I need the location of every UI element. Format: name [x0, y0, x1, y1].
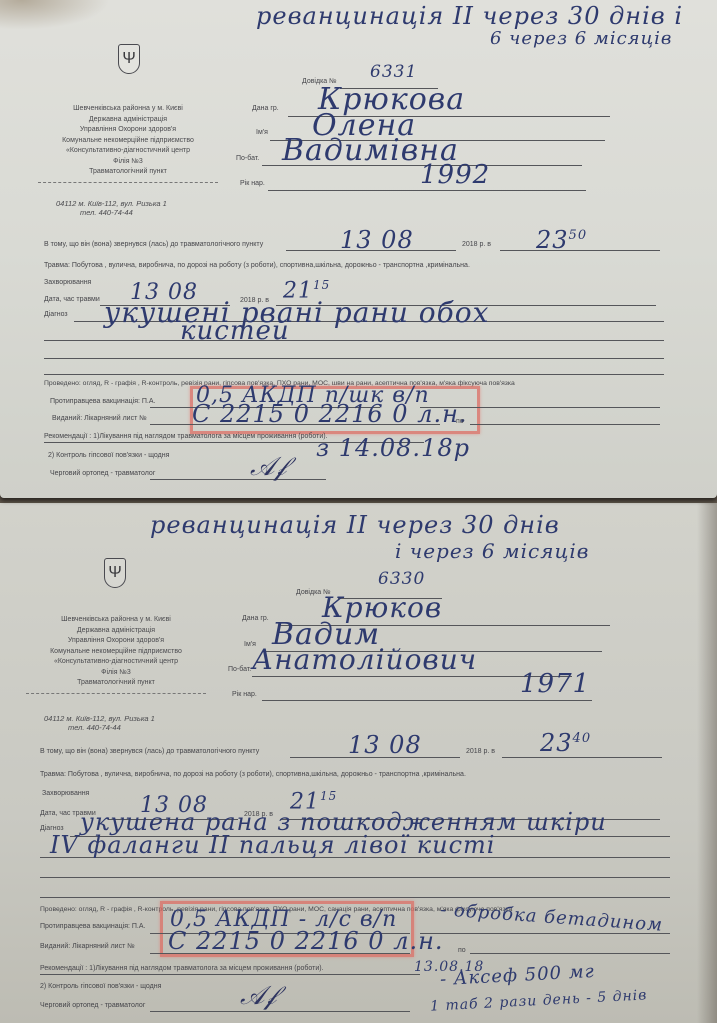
org-line: Комунальне некомерційне підприємство — [28, 136, 228, 147]
org-line: Травматологічний пункт — [16, 678, 216, 689]
divider — [38, 182, 218, 183]
sick-leave-label: Виданий: Лікарняний лист № — [40, 943, 135, 950]
visit-time: 2340 — [540, 729, 591, 757]
doctor-signature: 𝒜𝒻 — [240, 981, 276, 1012]
org-line: Державна адміністрація — [28, 115, 228, 126]
phone: тел. 440-74-44 — [44, 723, 155, 732]
cert-no-value: 6331 — [370, 62, 417, 82]
org-line: Травматологічний пункт — [28, 167, 228, 178]
sick-leave-value: С 2215 0 2216 0 л.н. — [168, 927, 444, 955]
visit-year: 2018 р. в — [462, 241, 491, 248]
visit-date: 13 08 — [348, 731, 422, 759]
ukraine-trident-icon: Ψ — [118, 44, 140, 74]
org-line: Філія №3 — [28, 157, 228, 168]
sick-leave-value: С 2215 0 2216 0 л.н. — [192, 400, 468, 428]
sick-leave-label: Виданий: Лікарняний лист № — [52, 415, 147, 422]
address: 04112 м. Київ-112, вул. Ризька 1 тел. 44… — [56, 199, 167, 217]
tetanus-extra-note: - обробка бетадином — [440, 899, 664, 936]
diagnosis-label: Діагноз — [44, 311, 68, 318]
visit-label: В тому, що він (вона) звернувся (лась) д… — [44, 241, 263, 248]
sick-leave-to: по — [456, 418, 464, 425]
doctor-signature: 𝒜𝒻 — [250, 452, 286, 483]
address-line: 04112 м. Київ-112, вул. Ризька 1 — [44, 714, 155, 723]
disease-label: Захворювання — [42, 790, 89, 797]
recommendation-date: з 14.08.18р — [316, 434, 470, 462]
recommendation-1: Рекомендації : 1)Лікування під наглядом … — [44, 433, 328, 440]
doctor-label: Черговий ортопед - травматолог — [40, 1002, 145, 1009]
handwritten-note-line-2: і через 6 місяців — [395, 539, 589, 563]
org-line: Комунальне некомерційне підприємство — [16, 647, 216, 658]
patronymic-label: По-бат. — [236, 155, 259, 162]
sick-leave-to: по — [458, 947, 466, 954]
divider — [26, 693, 206, 694]
org-line: «Консультативно-діагностичний центр — [28, 146, 228, 157]
surname-label: Дана гр. — [252, 105, 279, 112]
patronymic-value: Анатолійович — [252, 643, 477, 676]
org-line: Управління Охорони здоров'я — [16, 636, 216, 647]
org-line: Шевченківська районна у м. Києві — [28, 104, 228, 115]
org-line: Державна адміністрація — [16, 626, 216, 637]
visit-label: В тому, що він (вона) звернувся (лась) д… — [40, 748, 259, 755]
tetanus-label: Протиправцева вакцинація: П.А. — [40, 923, 146, 930]
handwritten-note-line-1: реванцинація II через 30 днів і — [256, 2, 683, 30]
surname-label: Дана гр. — [242, 615, 269, 622]
cert-no-value: 6330 — [378, 569, 425, 589]
birth-year-value: 1992 — [420, 160, 490, 190]
organization-header: Шевченківська районна у м. Києві Державн… — [16, 615, 216, 696]
diagnosis-line-2: IV фаланги II пальця лівої кисті — [50, 831, 495, 859]
phone: тел. 440-74-44 — [56, 208, 167, 217]
doctor-label: Черговий ортопед - травматолог — [50, 470, 155, 477]
org-line: «Консультативно-діагностичний центр — [16, 657, 216, 668]
handwritten-note-line-1: реванцинація II через 30 днів — [150, 511, 560, 539]
organization-header: Шевченківська районна у м. Києві Державн… — [28, 104, 228, 185]
tetanus-label: Протиправцева вакцинація: П.А. — [50, 398, 156, 405]
birth-year-label: Рік нар. — [232, 691, 257, 698]
diagnosis-line-1: укушені рвані рани обох — [104, 296, 489, 329]
recommendation-2: 2) Контроль гіпсової пов'язки - щодня — [48, 452, 169, 459]
handwritten-note-line-2: 6 через 6 місяців — [490, 28, 672, 49]
org-line: Управління Охорони здоров'я — [28, 125, 228, 136]
certificate-form-6331: реванцинація II через 30 днів і 6 через … — [0, 0, 717, 498]
certificate-form-6330: реванцинація II через 30 днів і через 6 … — [0, 503, 717, 1023]
visit-date: 13 08 — [340, 226, 414, 254]
recommendation-1: Рекомендації : 1)Лікування під наглядом … — [40, 965, 324, 972]
disease-label: Захворювання — [44, 279, 91, 286]
trauma-type-text: Травма: Побутова , вулична, виробнича, п… — [44, 262, 470, 269]
patronymic-label: По-бат. — [228, 666, 251, 673]
recommendation-2: 2) Контроль гіпсової пов'язки - щодня — [40, 983, 161, 990]
birth-year-value: 1971 — [520, 669, 590, 699]
address: 04112 м. Київ-112, вул. Ризька 1 тел. 44… — [44, 714, 155, 732]
injury-date-label: Дата, час травми — [44, 296, 100, 303]
org-line: Шевченківська районна у м. Києві — [16, 615, 216, 626]
visit-time: 2350 — [536, 226, 587, 254]
trauma-type-text: Травма: Побутова , вулична, виробнича, п… — [40, 771, 466, 778]
address-line: 04112 м. Київ-112, вул. Ризька 1 — [56, 199, 167, 208]
org-line: Філія №3 — [16, 668, 216, 679]
ukraine-trident-icon: Ψ — [104, 558, 126, 588]
visit-year: 2018 р. в — [466, 748, 495, 755]
name-label: Ім'я — [256, 129, 268, 136]
birth-year-label: Рік нар. — [240, 180, 265, 187]
diagnosis-line-2: кистей — [180, 316, 290, 346]
prescription-line-2: 1 таб 2 рази день - 5 днів — [430, 987, 648, 1014]
